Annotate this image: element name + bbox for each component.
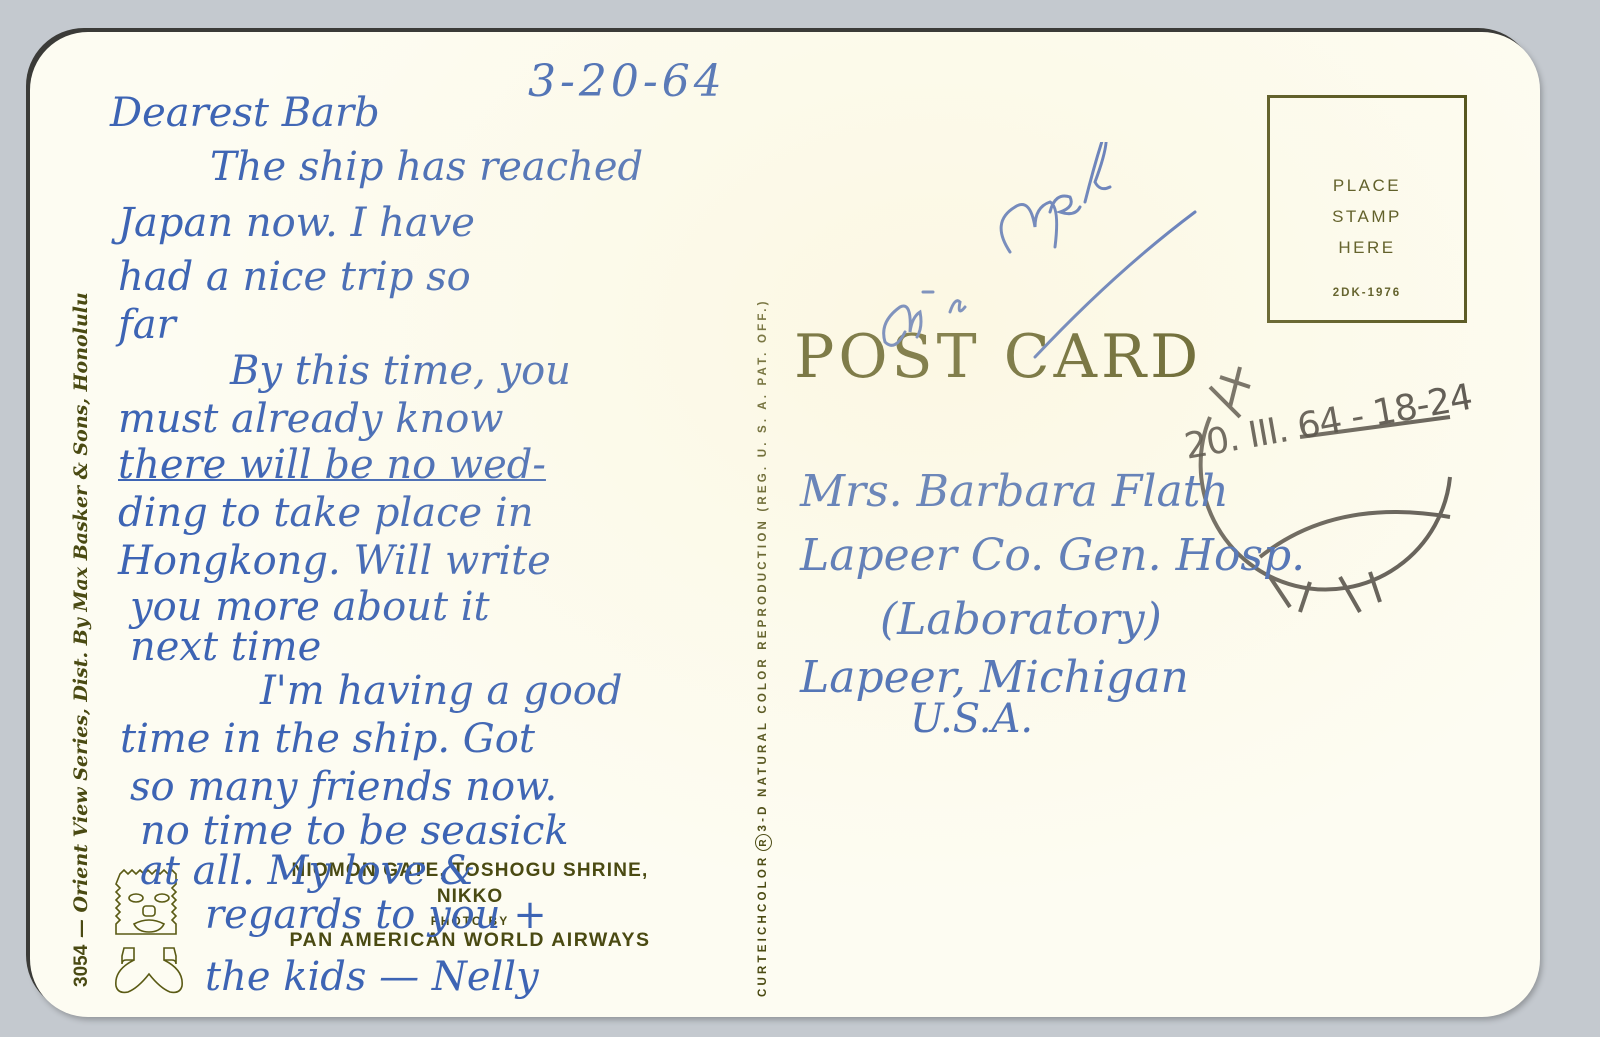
address-line: Mrs. Barbara Flath [800, 466, 1229, 517]
stamp-code: 2DK-1976 [1270, 287, 1464, 299]
stamp-label: PLACE STAMP HERE [1270, 170, 1464, 263]
letter-line: Japan now. I have [118, 200, 475, 246]
address-line: Lapeer Co. Gen. Hosp. [800, 530, 1305, 581]
stamp-label-line: STAMP [1270, 201, 1464, 232]
letter-line: next time [130, 624, 321, 670]
publisher-text: — Orient View Series, Dist. By Max Baske… [70, 292, 92, 944]
letter-line: so many friends now. [130, 764, 557, 810]
stamp-label-line: PLACE [1270, 170, 1464, 201]
letter-line: Dearest Barb [110, 90, 380, 136]
postcard-back: 3054 — Orient View Series, Dist. By Max … [30, 32, 1540, 1017]
series-number: 3054 [71, 945, 92, 987]
handwritten-date: 3-20-64 [528, 56, 726, 107]
stamp-label-line: HERE [1270, 232, 1464, 263]
letter-line: time in the ship. Got [120, 716, 535, 762]
reproduction-text: 3-D NATURAL COLOR REPRODUCTION (REG. U. … [757, 298, 769, 831]
letter-line: far [118, 302, 176, 348]
stamp-box: PLACE STAMP HERE 2DK-1976 [1267, 95, 1467, 323]
letter-line: Hongkong. Will write [118, 538, 551, 584]
reproduction-notice: CURTEICHCOLORR3-D NATURAL COLOR REPRODUC… [755, 298, 772, 997]
address-line: U.S.A. [910, 696, 1033, 742]
curteichcolor-text: CURTEICHCOLOR [757, 854, 769, 997]
letter-line: By this time, you [230, 348, 571, 394]
letter-line: The ship has reached [210, 144, 643, 190]
letter-line: I'm having a good [260, 668, 622, 714]
letter-line: regards to you + [205, 892, 547, 938]
letter-line: at all. My love & [140, 848, 475, 894]
letter-line: there will be no wed- [118, 442, 546, 488]
address-line: (Laboratory) [880, 594, 1162, 645]
registered-mark-icon: R [755, 834, 772, 851]
letter-line: ding to take place in [118, 490, 534, 536]
letter-line: the kids — Nelly [205, 954, 539, 1000]
publisher-line: 3054 — Orient View Series, Dist. By Max … [70, 292, 93, 987]
airmail-note-icon [875, 142, 1205, 362]
letter-line: must already know [118, 396, 504, 442]
letter-line: had a nice trip so [118, 254, 471, 300]
